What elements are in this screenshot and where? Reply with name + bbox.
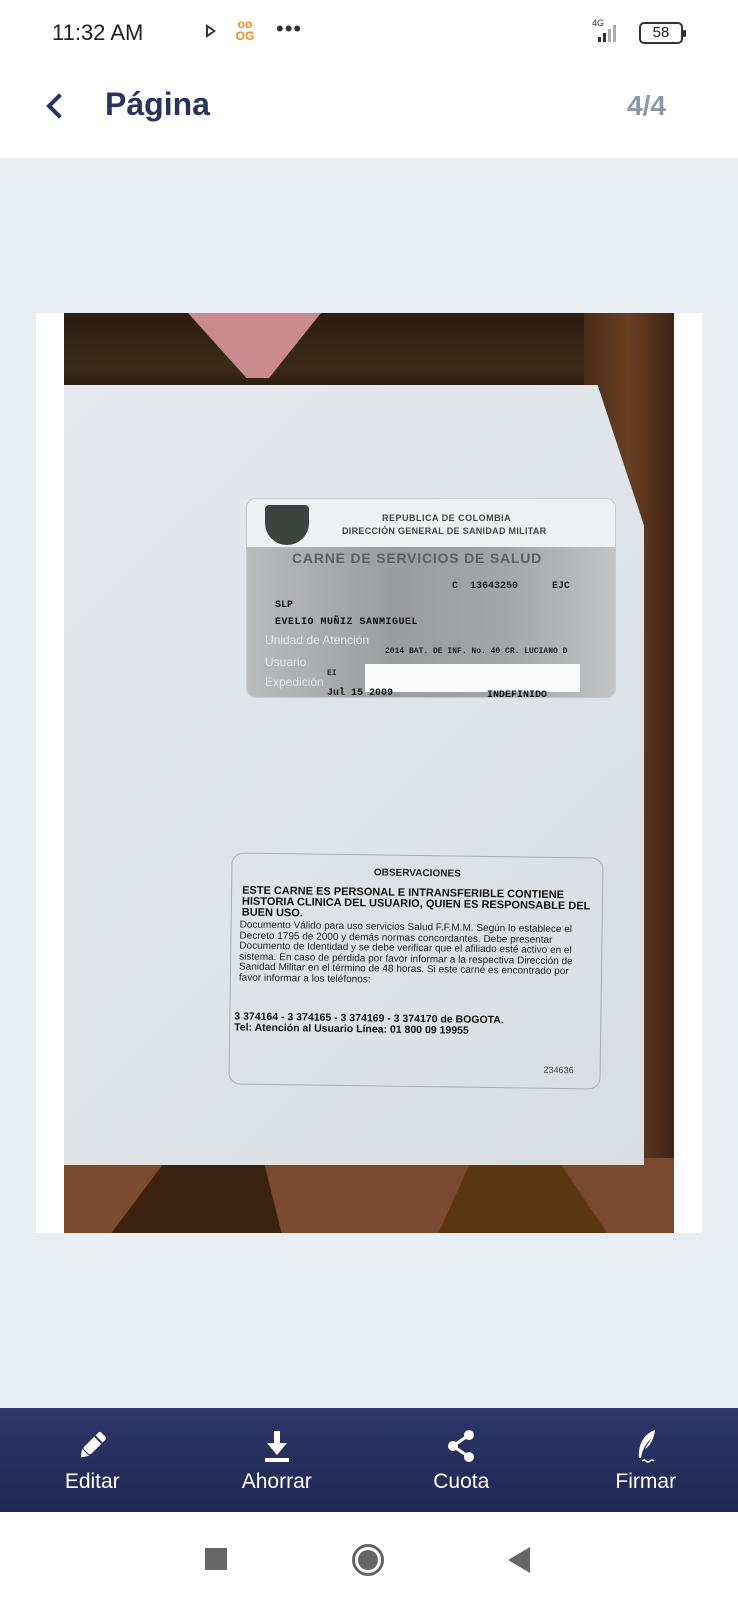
chevron-left-icon[interactable] <box>40 88 76 124</box>
feather-signature-icon <box>628 1428 664 1464</box>
observations-warning: ESTE CARNE ES PERSONAL E INTRANSFERIBLE … <box>242 886 592 924</box>
pencil-icon <box>74 1428 110 1464</box>
save-button[interactable]: Ahorrar <box>185 1408 370 1512</box>
battery-icon: 58 <box>639 22 683 44</box>
edit-button[interactable]: Editar <box>0 1408 185 1512</box>
sign-label: Firmar <box>554 1470 738 1494</box>
play-store-icon <box>206 24 216 38</box>
observations-title: OBSERVACIONES <box>232 865 602 881</box>
edit-label: Editar <box>0 1470 185 1494</box>
page-title: Página <box>105 86 210 123</box>
id-card: REPUBLICA DE COLOMBIA DIRECCIÓN GENERAL … <box>246 498 616 698</box>
card-unit-value: 2014 BAT. DE INF. No. 40 CR. LUCIANO D <box>385 647 567 656</box>
shield-logo-icon <box>265 505 309 545</box>
share-button[interactable]: Cuota <box>369 1408 554 1512</box>
card-holder-name: EVELIO MUÑIZ SANMIGUEL <box>275 617 418 628</box>
scanned-photo: REPUBLICA DE COLOMBIA DIRECCIÓN GENERAL … <box>64 313 674 1233</box>
card-title: CARNE DE SERVICIOS DE SALUD <box>292 550 542 566</box>
card-code: 234636 <box>544 1065 574 1075</box>
card-header-agency: DIRECCIÓN GENERAL DE SANIDAD MILITAR <box>342 526 546 536</box>
app-notification-icon: ooOG <box>234 18 256 44</box>
paper-sheet: REPUBLICA DE COLOMBIA DIRECCIÓN GENERAL … <box>64 385 644 1165</box>
network-type: 4G <box>592 18 604 28</box>
status-time: 11:32 AM <box>52 20 143 46</box>
document-page[interactable]: REPUBLICA DE COLOMBIA DIRECCIÓN GENERAL … <box>36 313 702 1233</box>
more-dots-icon: ••• <box>276 16 302 42</box>
document-canvas: REPUBLICA DE COLOMBIA DIRECCIÓN GENERAL … <box>0 158 738 1408</box>
card-label-unit: Unidad de Atención <box>265 633 369 647</box>
app-bar: Página 4/4 <box>0 66 738 158</box>
card-user-value: EI <box>327 669 337 678</box>
save-label: Ahorrar <box>185 1470 370 1494</box>
status-bar: 11:32 AM ooOG ••• 4G 58 <box>0 0 738 66</box>
page-indicator: 4/4 <box>627 90 666 122</box>
card-id: C 13643250 <box>452 581 518 592</box>
redacted-block <box>365 664 580 692</box>
card-expedition-date: Jul 15 2009 <box>327 688 393 698</box>
back-triangle-icon[interactable] <box>508 1547 530 1573</box>
observations-box: OBSERVACIONES ESTE CARNE ES PERSONAL E I… <box>228 852 603 1089</box>
signal-icon: 4G <box>590 20 620 44</box>
recents-square-icon[interactable] <box>205 1548 227 1570</box>
card-force: EJC <box>552 581 570 592</box>
share-icon <box>443 1428 479 1464</box>
card-label-user: Usuario <box>265 655 306 669</box>
download-icon <box>259 1428 295 1464</box>
system-nav-bar <box>0 1512 738 1600</box>
observations-contacts: 3 374164 - 3 374165 - 3 374169 - 3 37417… <box>234 1011 590 1038</box>
card-rank: SLP <box>275 600 293 611</box>
sign-button[interactable]: Firmar <box>554 1408 738 1512</box>
home-circle-icon[interactable] <box>352 1544 384 1576</box>
observations-body: Documento Válido para uso servicios Salu… <box>239 921 592 989</box>
card-header-country: REPUBLICA DE COLOMBIA <box>382 513 511 523</box>
bottom-toolbar: Editar Ahorrar Cuota Firmar <box>0 1408 738 1512</box>
card-validity: INDEFINIDO <box>487 690 547 698</box>
card-label-expedition: Expedición <box>265 675 324 689</box>
share-label: Cuota <box>369 1470 554 1494</box>
